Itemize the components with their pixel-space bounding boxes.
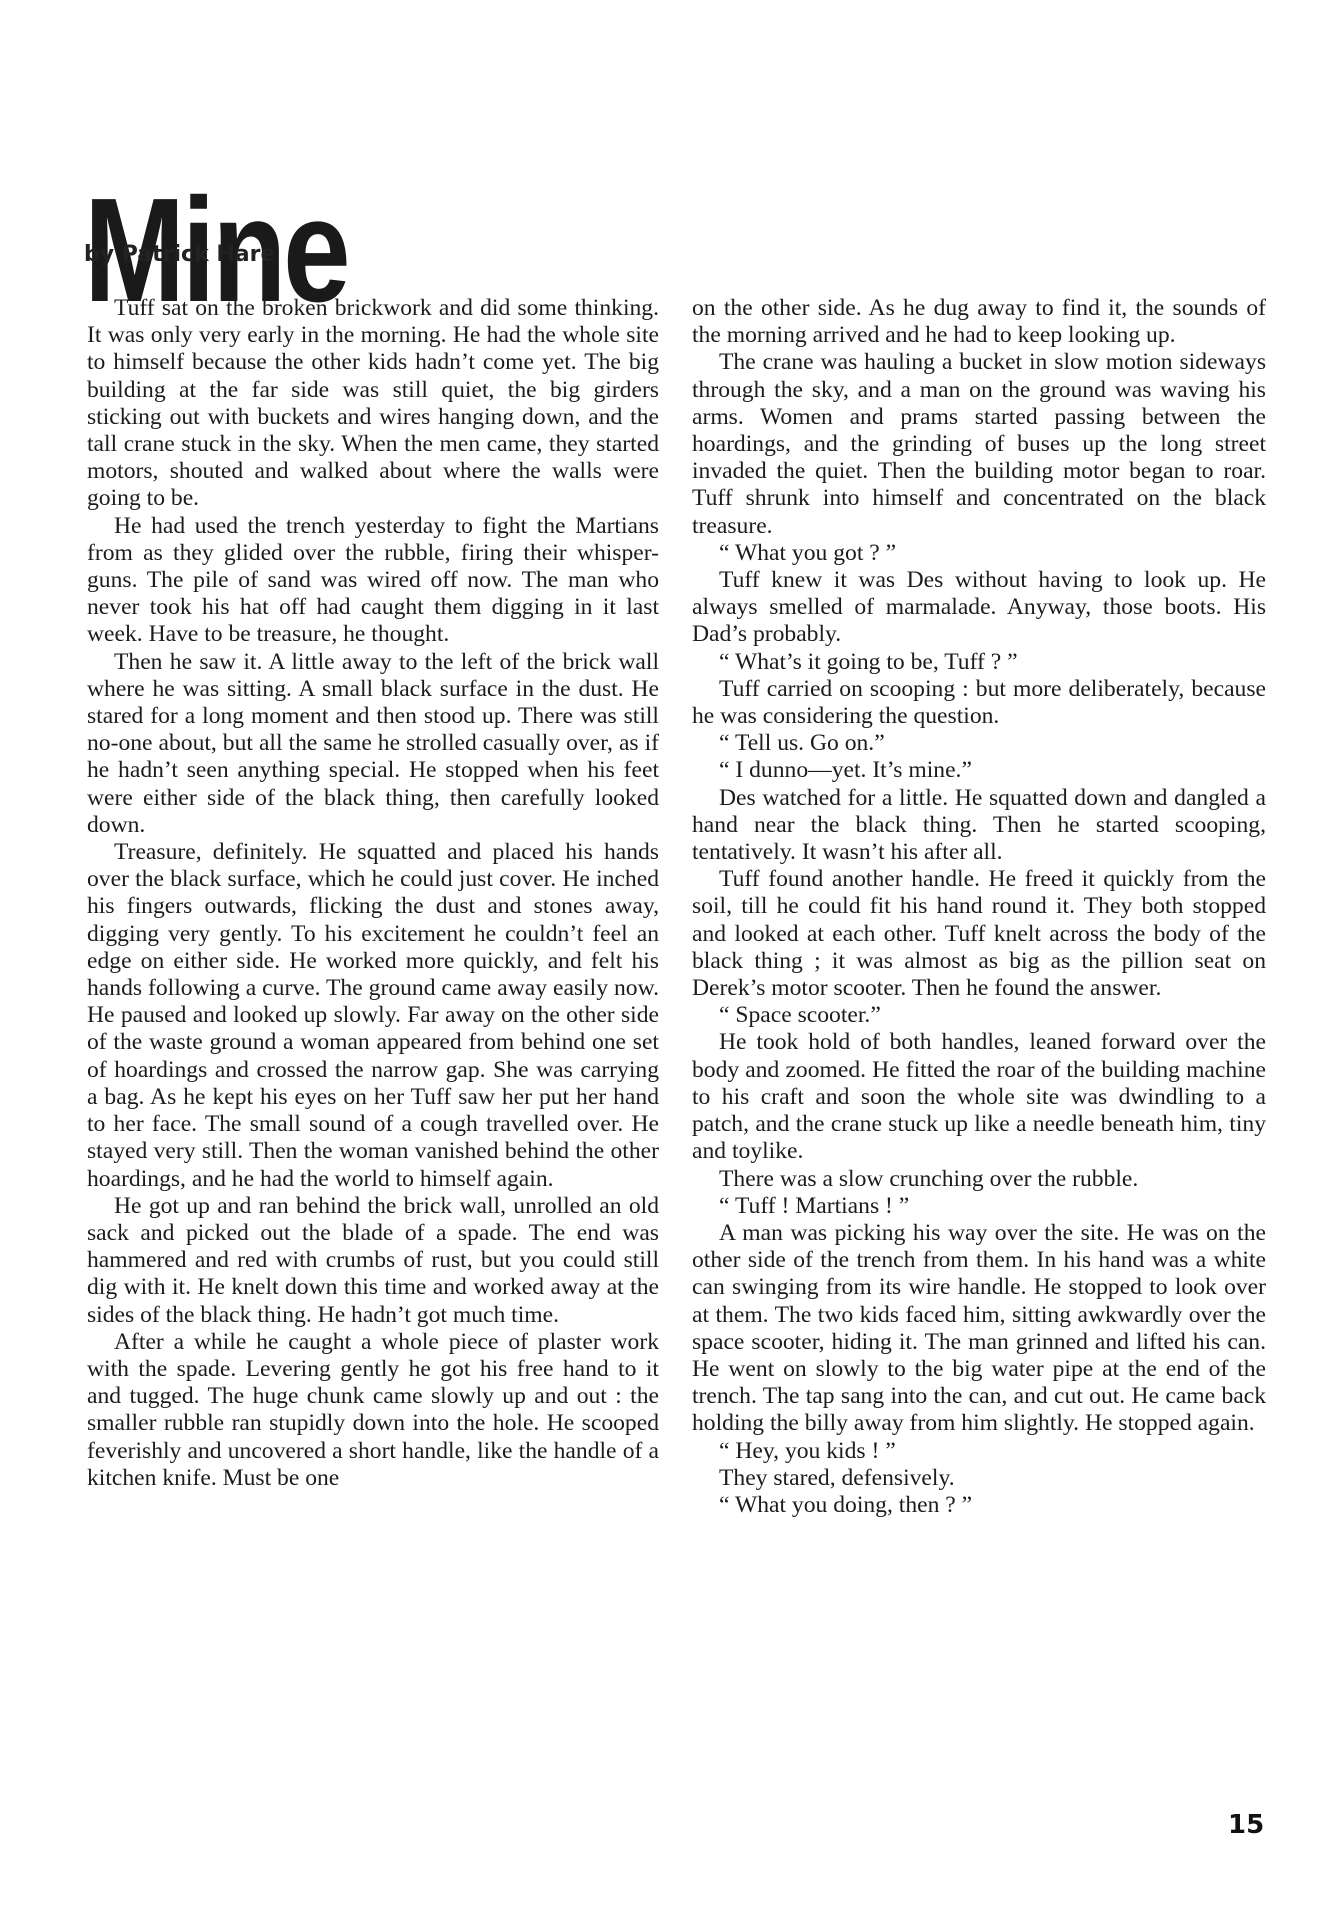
paragraph: A man was picking his way over the site.… (692, 1220, 1266, 1438)
dialogue-line: “ Tell us. Go on.” (692, 730, 1266, 757)
paragraph: He had used the trench yesterday to figh… (87, 513, 659, 649)
dialogue-line: “ I dunno—yet. It’s mine.” (692, 757, 1266, 784)
dialogue-line: “ Space scooter.” (692, 1002, 1266, 1029)
paragraph-continued: on the other side. As he dug away to fin… (692, 295, 1266, 349)
dialogue-line: “ What you got ? ” (692, 540, 1266, 567)
paragraph: Des watched for a little. He squatted do… (692, 785, 1266, 867)
paragraph: Treasure, definitely. He squatted and pl… (87, 839, 659, 1193)
paragraph: Tuff sat on the broken brickwork and did… (87, 295, 659, 513)
paragraph: Tuff knew it was Des without having to l… (692, 567, 1266, 649)
page-number: 15 (1228, 1810, 1264, 1840)
article-byline: by Patrick Hare (84, 242, 275, 267)
dialogue-line: “ Tuff ! Martians ! ” (692, 1193, 1266, 1220)
paragraph: Tuff found another handle. He freed it q… (692, 866, 1266, 1002)
left-column: Tuff sat on the broken brickwork and did… (87, 295, 659, 1492)
paragraph: After a while he caught a whole piece of… (87, 1329, 659, 1492)
paragraph: He got up and ran behind the brick wall,… (87, 1193, 659, 1329)
dialogue-line: “ What’s it going to be, Tuff ? ” (692, 649, 1266, 676)
dialogue-line: “ Hey, you kids ! ” (692, 1438, 1266, 1465)
dialogue-line: “ What you doing, then ? ” (692, 1492, 1266, 1519)
right-column: on the other side. As he dug away to fin… (692, 295, 1266, 1519)
paragraph: Tuff carried on scooping : but more deli… (692, 676, 1266, 730)
paragraph: The crane was hauling a bucket in slow m… (692, 349, 1266, 539)
paragraph: Then he saw it. A little away to the lef… (87, 649, 659, 839)
paragraph: He took hold of both handles, leaned for… (692, 1029, 1266, 1165)
paragraph: There was a slow crunching over the rubb… (692, 1166, 1266, 1193)
paragraph: They stared, defensively. (692, 1465, 1266, 1492)
